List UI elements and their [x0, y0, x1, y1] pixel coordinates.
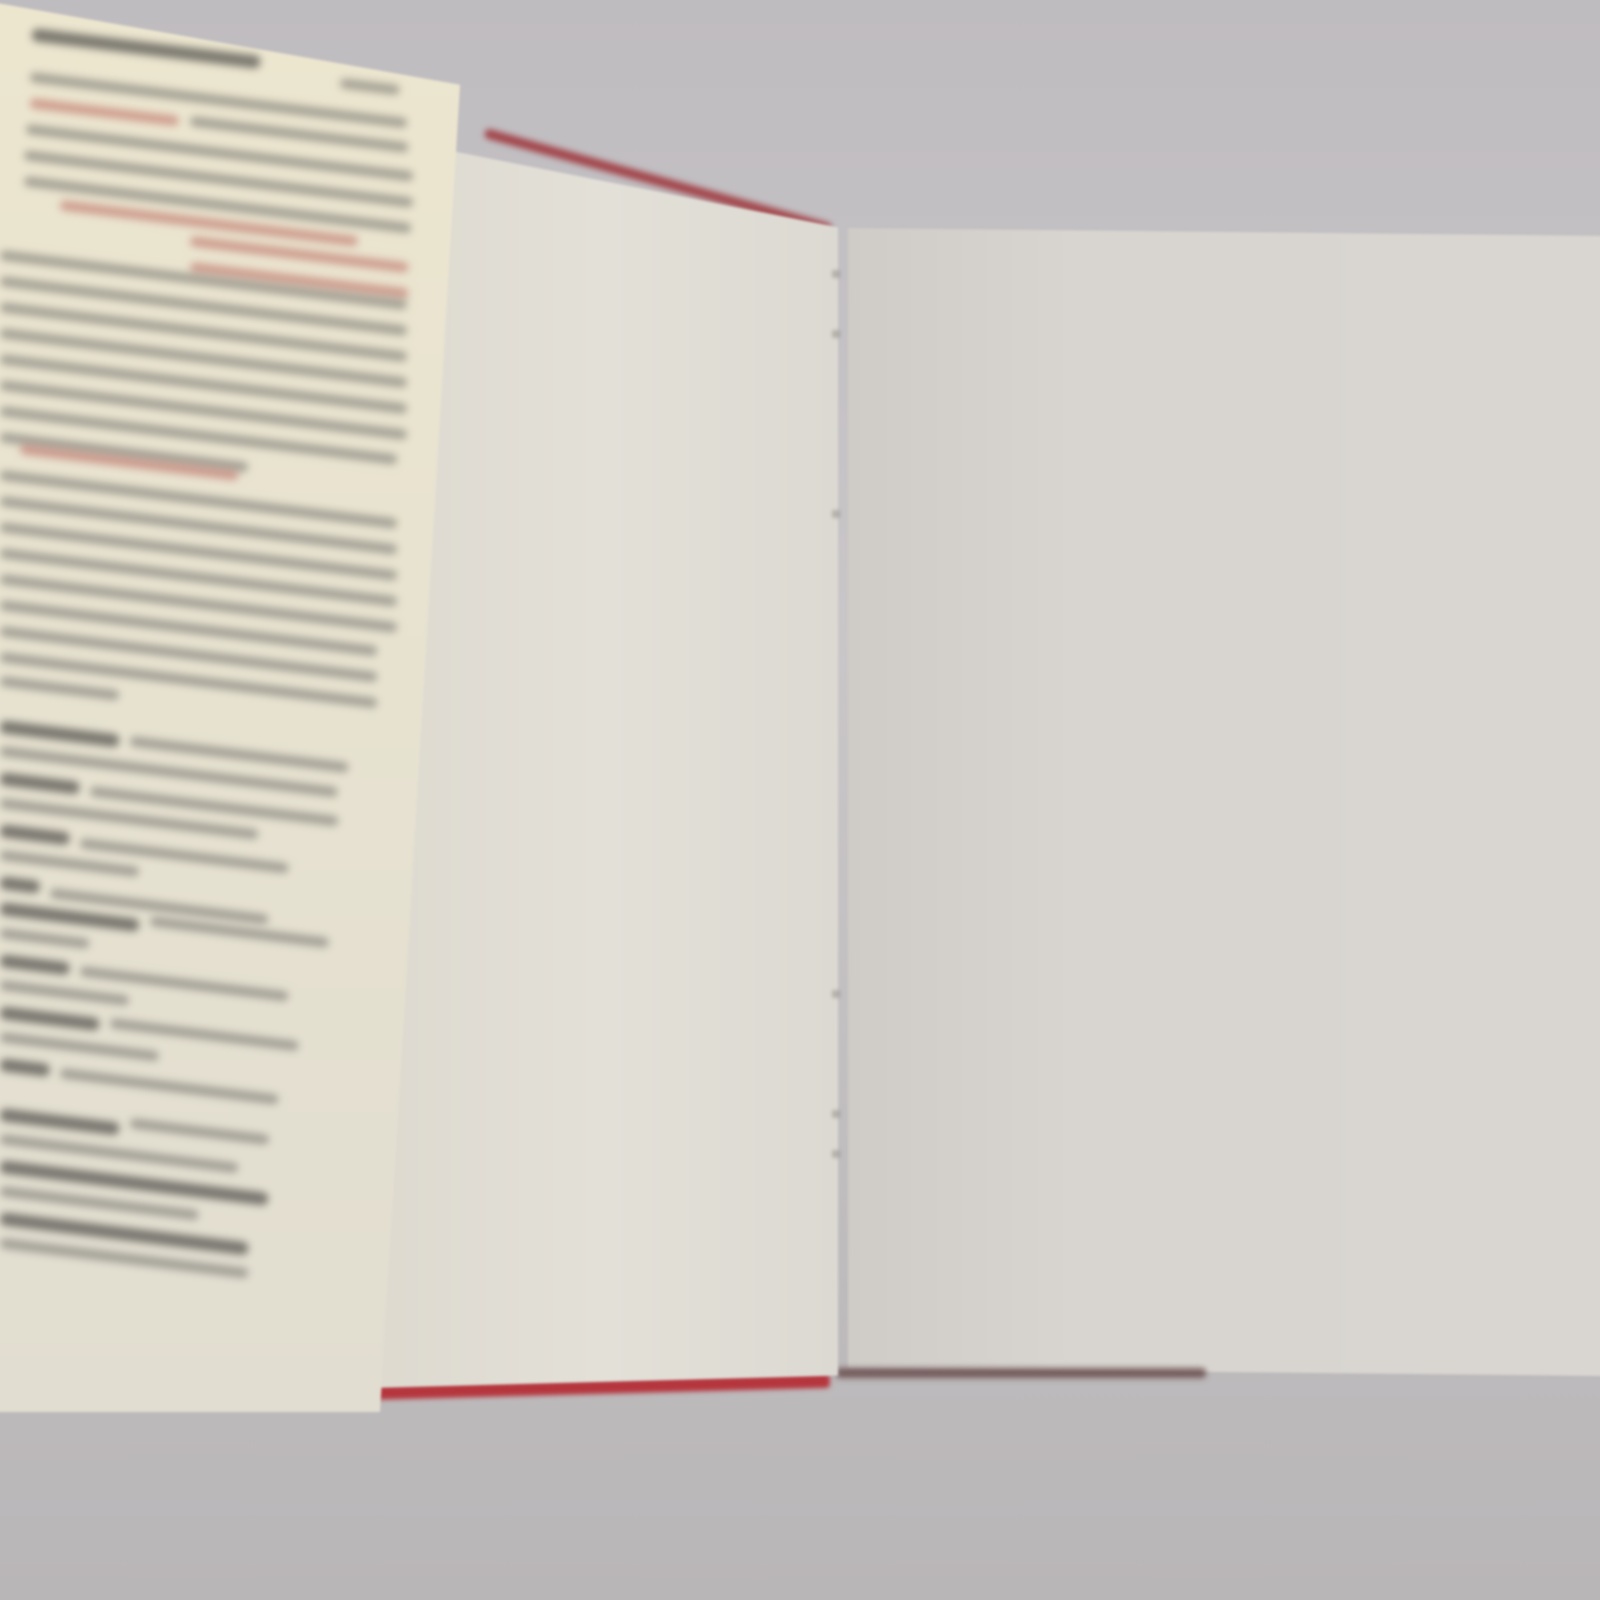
right-cover-edge [836, 1368, 1206, 1378]
right-blank-page [848, 228, 1600, 1376]
photo-scene [0, 0, 1600, 1600]
page-edge-marks [832, 250, 844, 1350]
